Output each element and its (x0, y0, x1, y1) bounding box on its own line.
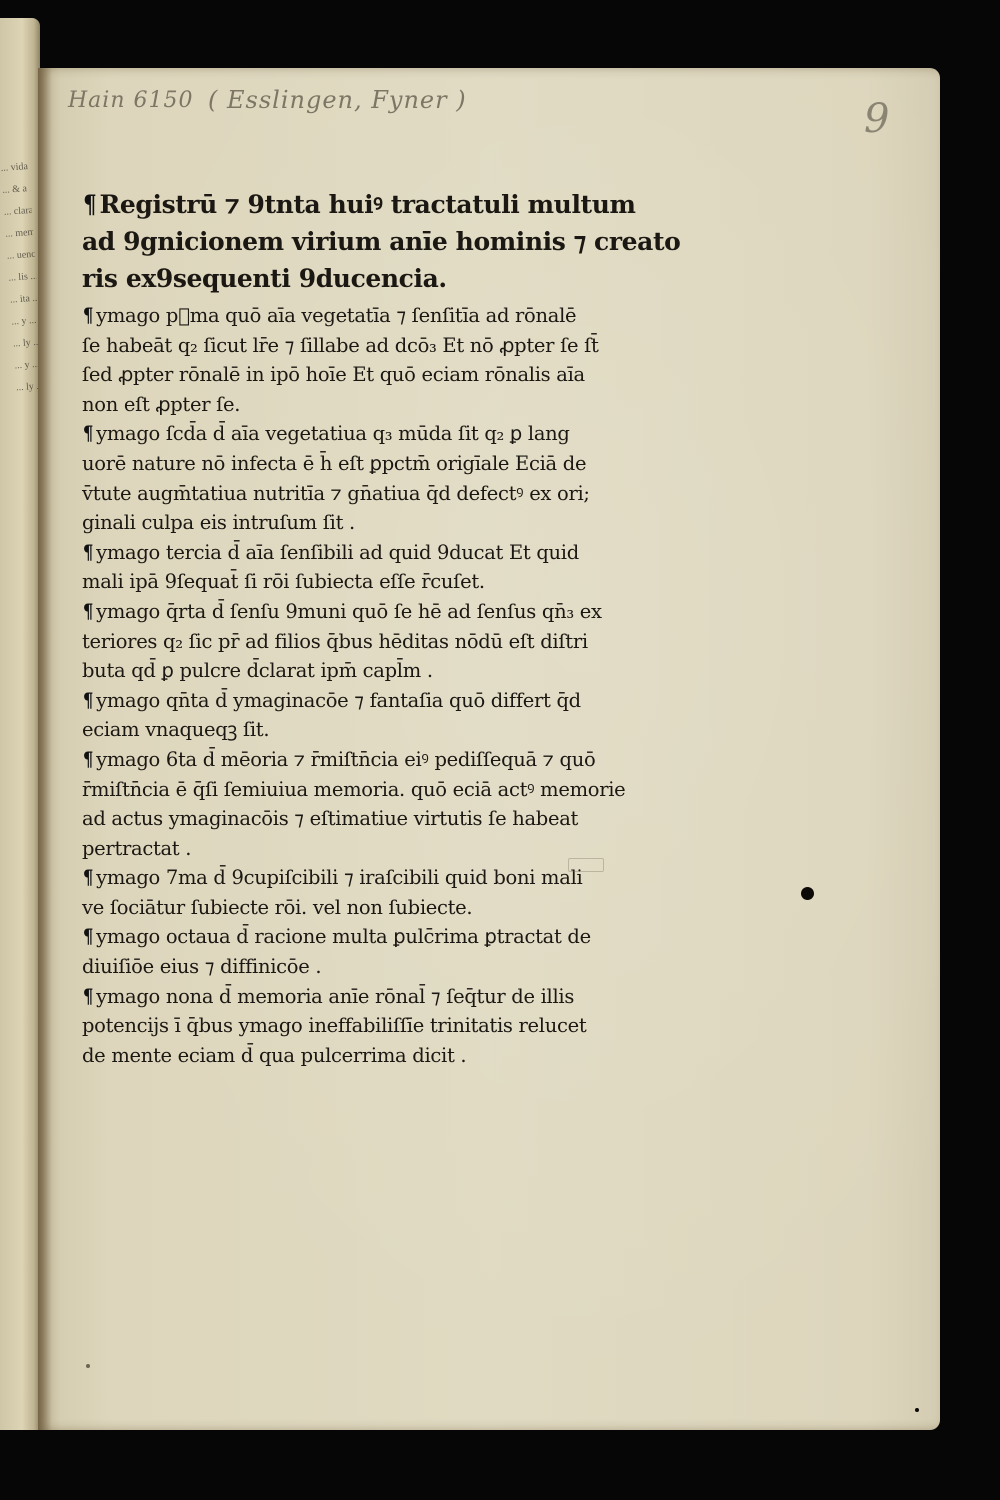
scan-background: ... vida ... ... & a ... ... clara ... .… (0, 0, 1000, 1500)
pilcrow-icon: ¶ (83, 686, 93, 716)
entry-line: diuiſiōe eius ⁊ diffinicōe . (82, 952, 682, 982)
entry-line: ſe habeāt q₂ ſicut lr̄e ⁊ ſillabe ad dcō… (82, 331, 682, 361)
entry-line: ¶ymago qn̄ta d̄ ymaginacōe ⁊ fantaſia qu… (82, 686, 682, 716)
facing-fragment: ... uenca ... (6, 244, 35, 268)
entry-line: de mente eciam d̄ qua pulcerrima dicit . (82, 1041, 682, 1071)
entry-imago-secunda: ¶ymago ſcd̄a d̄ aīa vegetatiua q₃ mūda ſ… (82, 419, 682, 537)
entry-line: buta qd̄ ꝑ pulcre d̄clarat ipm̄ capl̄m . (82, 656, 682, 686)
entry-imago-prima: ¶ymago pᷓma quō aīa vegetatīa ⁊ ſenſitīa… (82, 301, 682, 419)
entry-line: teriores q₂ ſic pr̄ ad filios q̄bus hēdi… (82, 627, 682, 657)
entry-text: ymago ſcd̄a d̄ aīa vegetatiua q₃ mūda ſi… (96, 422, 570, 445)
entry-line: non eſt ꝓpter ſe. (82, 390, 682, 420)
faint-offset-mark (568, 858, 604, 872)
folio-number: 9 (864, 96, 890, 142)
entry-text: ymago octaua d̄ racione multa ꝑulc̄rima … (96, 925, 591, 948)
pilcrow-icon: ¶ (83, 863, 93, 893)
entry-text: ymago 6ta d̄ mēoria ⁊ r̄miſtn̄cia eiꝰ pe… (96, 748, 595, 771)
facing-fragment: ... membra ... (5, 222, 34, 246)
register-heading: ¶Registrū ⁊ 9tnta huiꝰ tractatuli multum… (82, 186, 682, 297)
heading-text: Registrū ⁊ 9tnta huiꝰ tractatuli multum (100, 190, 636, 219)
entry-line: ¶ymago nona d̄ memoria anīe rōnal̄ ⁊ ſeq… (82, 982, 682, 1012)
entry-imago-octava: ¶ymago octaua d̄ racione multa ꝑulc̄rima… (82, 922, 682, 981)
pilcrow-icon: ¶ (83, 982, 93, 1012)
entry-line: mali ipā 9ſequat̄ ſi rōi ſubiecta eſſe r… (82, 567, 682, 597)
entry-text: ymago 7ma d̄ 9cupiſcibili ⁊ iraſcibili q… (96, 866, 582, 889)
facing-fragment: ... clara ... (3, 200, 32, 224)
entry-imago-quarta: ¶ymago q̄rta d̄ ſenſu 9muni quō ſe hē ad… (82, 597, 682, 686)
entry-line: ¶ymago pᷓma quō aīa vegetatīa ⁊ ſenſitīa… (82, 301, 682, 331)
pilcrow-icon: ¶ (83, 922, 93, 952)
heading-text: ad 9gnicionem virium anīe hominis ⁊ crea… (82, 227, 680, 256)
entry-line: ¶ymago ſcd̄a d̄ aīa vegetatiua q₃ mūda ſ… (82, 419, 682, 449)
heading-line: ad 9gnicionem virium anīe hominis ⁊ crea… (82, 223, 682, 260)
entry-line: potencijs ī q̄bus ymago ineffabiliſſīe t… (82, 1011, 682, 1041)
entry-line: ſed ꝓpter rōnalē in ipō hoīe Et quō ecia… (82, 360, 682, 390)
pilcrow-icon: ¶ (83, 186, 96, 223)
entry-text: ymago pᷓma quō aīa vegetatīa ⁊ ſenſitīa … (96, 304, 576, 327)
facing-fragment: ... & a ... (2, 178, 31, 202)
entry-text: ymago nona d̄ memoria anīe rōnal̄ ⁊ ſeq̄… (96, 985, 574, 1008)
entry-line: ginali culpa eis intruſum ſit . (82, 508, 682, 538)
entry-line: ve ſociātur ſubiecte rōi. vel non ſubiec… (82, 893, 682, 923)
gutter-shadow (38, 68, 52, 1430)
heading-line: ¶Registrū ⁊ 9tnta huiꝰ tractatuli multum (82, 186, 682, 223)
entry-line: ¶ymago q̄rta d̄ ſenſu 9muni quō ſe hē ad… (82, 597, 682, 627)
pilcrow-icon: ¶ (83, 301, 93, 331)
facing-fragment: ... y ... (11, 310, 40, 334)
facing-fragment: ... vida ... (0, 156, 29, 180)
entry-imago-quinta: ¶ymago qn̄ta d̄ ymaginacōe ⁊ fantaſia qu… (82, 686, 682, 745)
pencil-imprint-note: ( Esslingen, Fyner ) (208, 86, 467, 114)
entry-text: ymago q̄rta d̄ ſenſu 9muni quō ſe hē ad … (96, 600, 602, 623)
facing-page-edge: ... vida ... ... & a ... ... clara ... .… (0, 18, 40, 1430)
pilcrow-icon: ¶ (83, 419, 93, 449)
pilcrow-icon: ¶ (83, 597, 93, 627)
entry-imago-sexta: ¶ymago 6ta d̄ mēoria ⁊ r̄miſtn̄cia eiꝰ p… (82, 745, 682, 863)
entry-text: ymago tercia d̄ aīa ſenſibili ad quid 9d… (96, 541, 579, 564)
recto-page: Hain 6150 ( Esslingen, Fyner ) 9 ¶Regist… (38, 68, 940, 1430)
entry-line: ¶ymago tercia d̄ aīa ſenſibili ad quid 9… (82, 538, 682, 568)
ink-speck (915, 1408, 919, 1412)
entry-imago-nona: ¶ymago nona d̄ memoria anīe rōnal̄ ⁊ ſeq… (82, 982, 682, 1071)
entry-line: uorē nature nō infecta ē h̄ eſt ꝑpctm̄ o… (82, 449, 682, 479)
printed-text-block: ¶Registrū ⁊ 9tnta huiꝰ tractatuli multum… (82, 186, 682, 1070)
pilcrow-icon: ¶ (83, 538, 93, 568)
entry-imago-septima: ¶ymago 7ma d̄ 9cupiſcibili ⁊ iraſcibili … (82, 863, 682, 922)
pencil-shelfmark: Hain 6150 (68, 88, 194, 113)
entry-line: v̄tute augm̄tatiua nutritīa ⁊ gn̄atiua q… (82, 479, 682, 509)
paper-speck (86, 1364, 90, 1368)
entry-line: ¶ymago 6ta d̄ mēoria ⁊ r̄miſtn̄cia eiꝰ p… (82, 745, 682, 775)
entry-line: r̄miſtn̄cia ē q̄ſi ſemiuiua memoria. quō… (82, 775, 682, 805)
pilcrow-icon: ¶ (83, 745, 93, 775)
entry-line: eciam vnaqueqꝫ ſit. (82, 715, 682, 745)
entry-imago-tercia: ¶ymago tercia d̄ aīa ſenſibili ad quid 9… (82, 538, 682, 597)
heading-text: ris ex9sequenti 9ducencia. (82, 264, 447, 293)
heading-line: ris ex9sequenti 9ducencia. (82, 260, 682, 297)
entry-line: ad actus ymaginacōis ⁊ eſtimatiue virtut… (82, 804, 682, 834)
entry-text: ymago qn̄ta d̄ ymaginacōe ⁊ fantaſia quō… (96, 689, 581, 712)
facing-fragment: ... ita ... (9, 288, 38, 312)
ink-spot (801, 887, 814, 900)
facing-fragment: ... lis ... (8, 266, 37, 290)
entry-line: ¶ymago octaua d̄ racione multa ꝑulc̄rima… (82, 922, 682, 952)
